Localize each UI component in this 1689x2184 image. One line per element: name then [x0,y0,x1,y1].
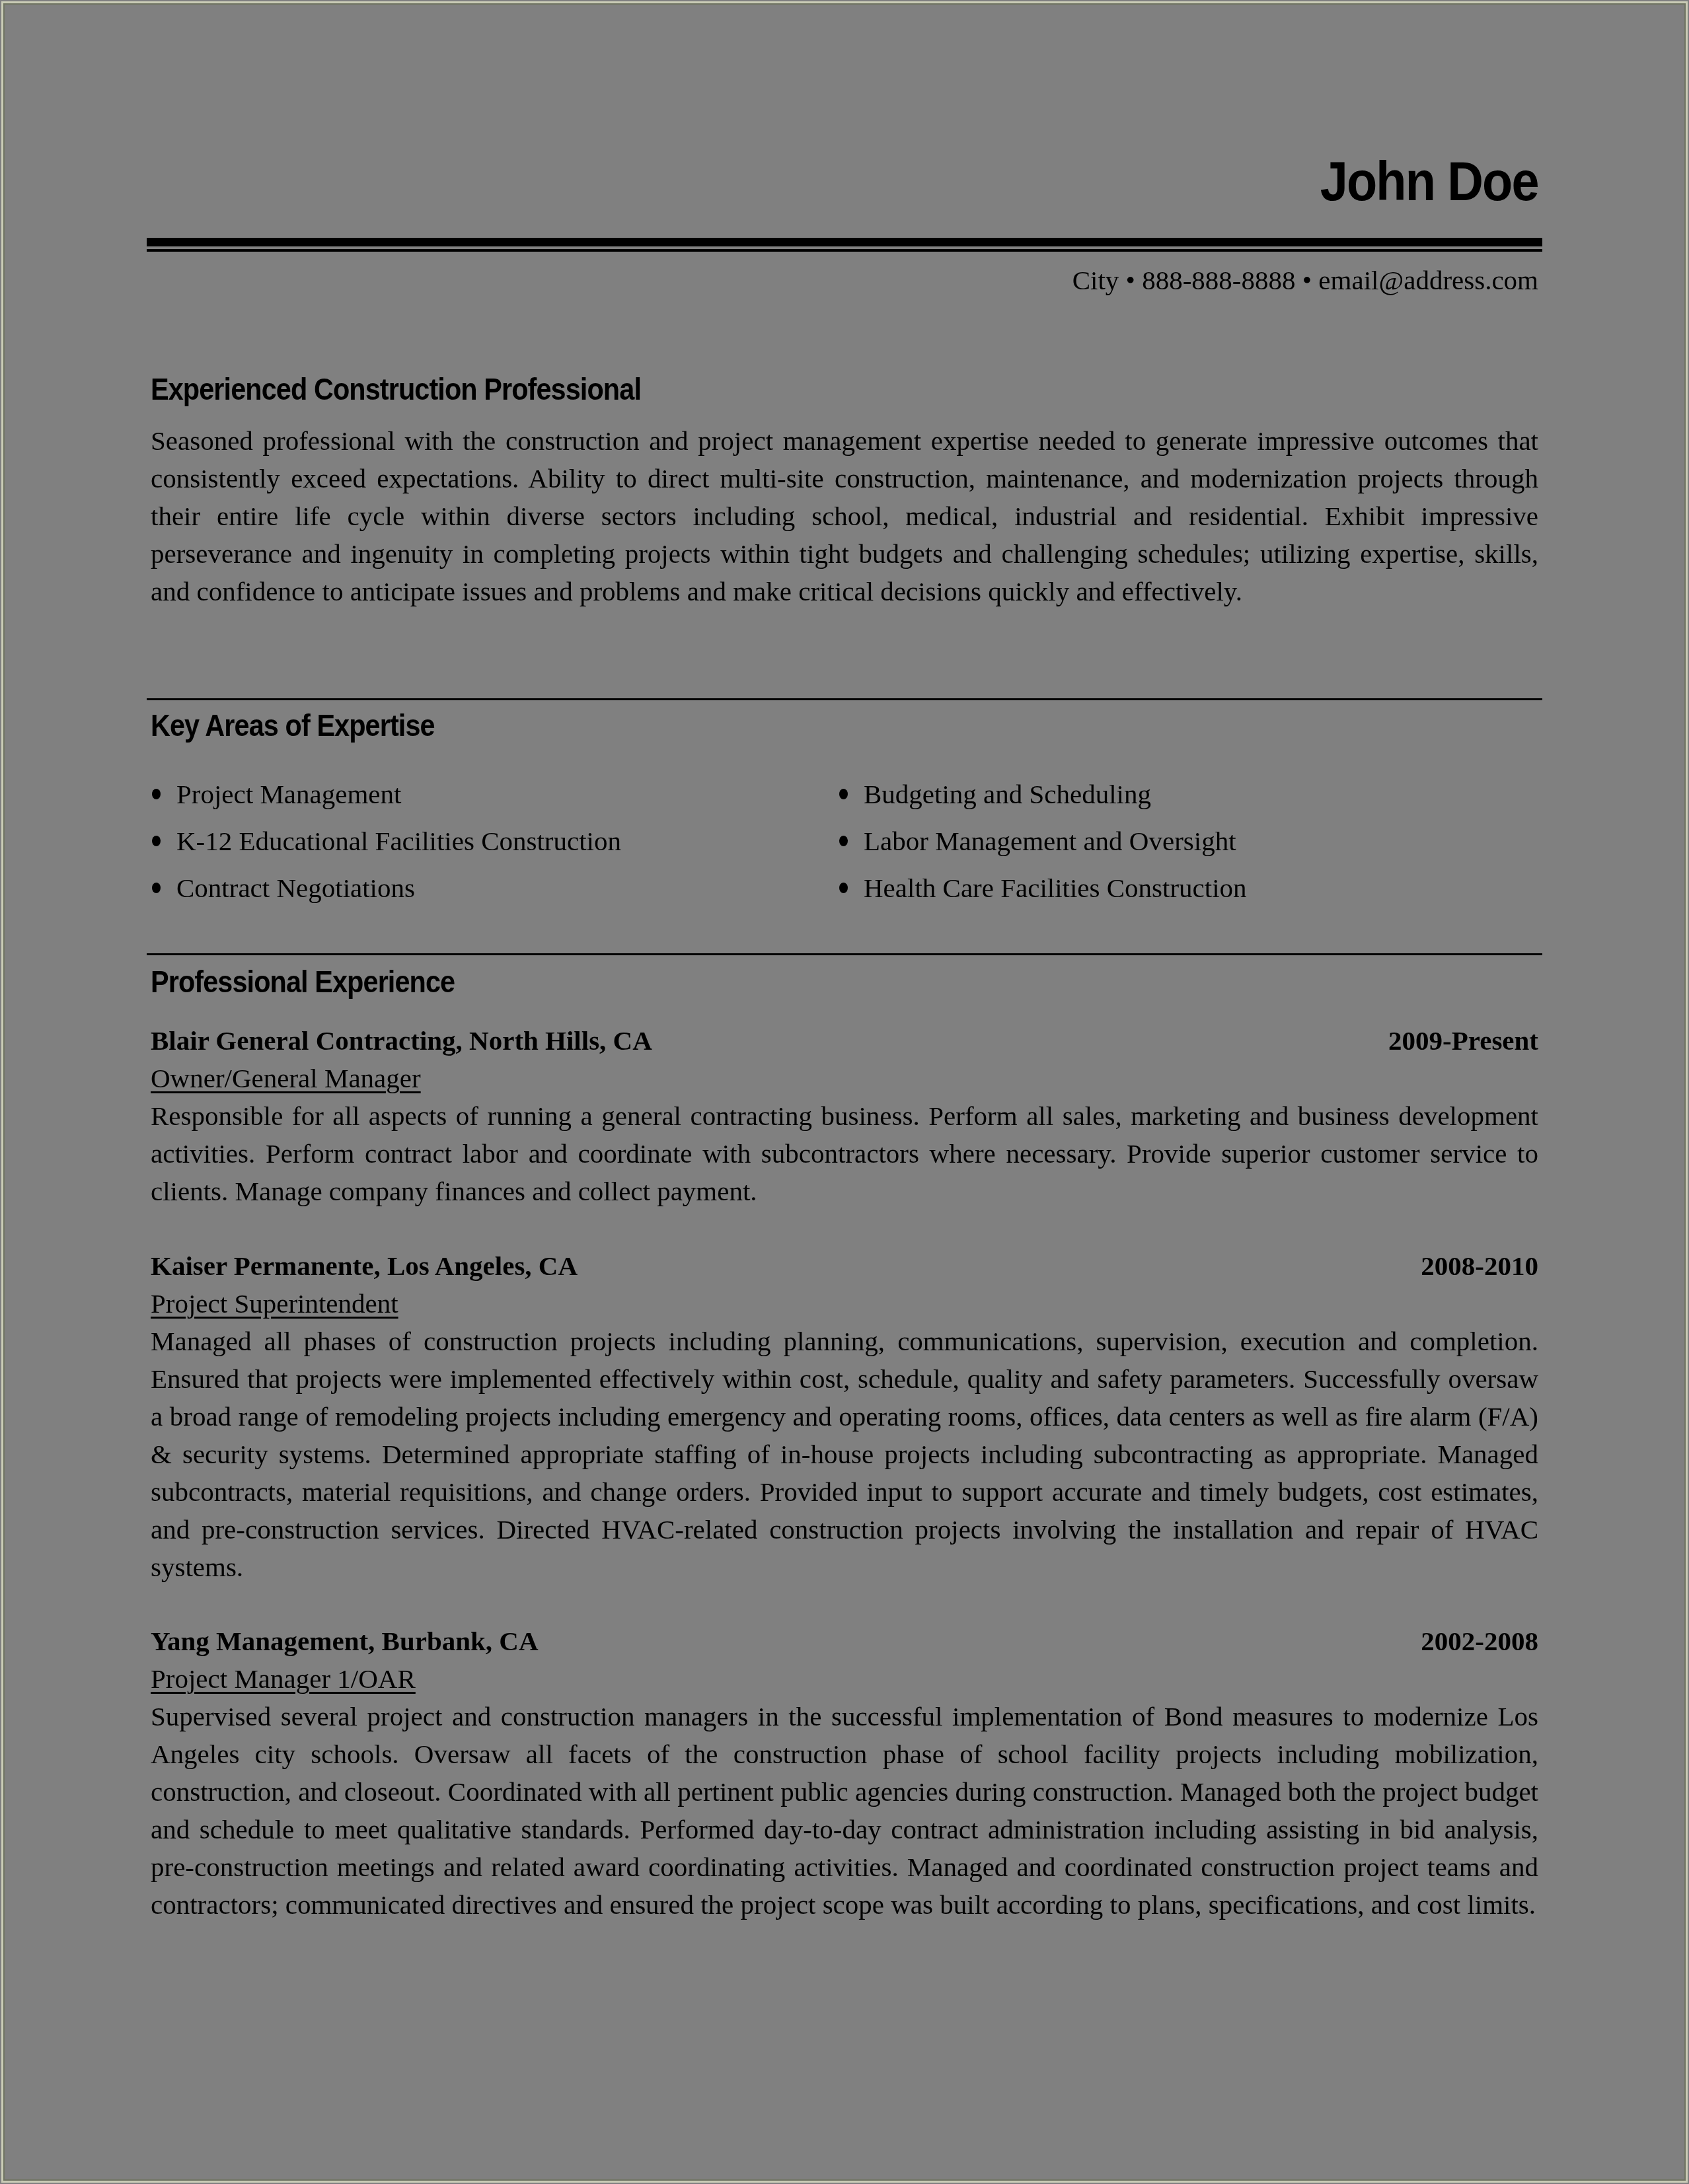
job-header: Yang Management, Burbank, CA 2002-2008 [151,1622,1538,1660]
expertise-item: K-12 Educational Facilities Construction [151,817,838,864]
job-company: Blair General Contracting, North Hills, … [151,1022,652,1060]
header-rule-thick [147,238,1542,246]
job-header: Kaiser Permanente, Los Angeles, CA 2008-… [151,1247,1538,1285]
bullet-icon [152,883,161,893]
expertise-item-label: Health Care Facilities Construction [864,872,1247,904]
job-description: Managed all phases of construction proje… [151,1323,1538,1586]
job-dates: 2002-2008 [1421,1622,1538,1660]
job-description: Responsible for all aspects of running a… [151,1097,1538,1210]
expertise-item-label: Contract Negotiations [176,872,415,904]
bullet-icon [839,836,848,846]
expertise-item-label: K-12 Educational Facilities Construction [176,825,621,857]
job-entry: Blair General Contracting, North Hills, … [151,1022,1538,1210]
header-rule-thin [147,249,1542,252]
section-divider [147,953,1542,955]
expertise-item-label: Budgeting and Scheduling [864,778,1151,810]
expertise-item: Health Care Facilities Construction [838,864,1525,911]
expertise-item: Project Management [151,770,838,817]
job-company: Kaiser Permanente, Los Angeles, CA [151,1247,578,1285]
summary-heading: Experienced Construction Professional [151,371,641,408]
job-title: Project Superintendent [151,1285,398,1323]
job-title: Project Manager 1/OAR [151,1660,416,1698]
job-dates: 2008-2010 [1421,1247,1538,1285]
job-company: Yang Management, Burbank, CA [151,1622,539,1660]
job-description: Supervised several project and construct… [151,1698,1538,1924]
bullet-icon [839,883,848,893]
expertise-list: Project Management Budgeting and Schedul… [151,770,1538,911]
candidate-name: John Doe [1320,153,1538,209]
expertise-item: Labor Management and Oversight [838,817,1525,864]
job-title: Owner/General Manager [151,1060,421,1097]
summary-text: Seasoned professional with the construct… [151,422,1538,610]
job-entry: Kaiser Permanente, Los Angeles, CA 2008-… [151,1247,1538,1586]
experience-heading: Professional Experience [151,963,455,1000]
contact-info: City • 888-888-8888 • email@address.com [1072,263,1538,297]
job-entry: Yang Management, Burbank, CA 2002-2008 P… [151,1622,1538,1924]
section-divider [147,698,1542,700]
job-dates: 2009-Present [1388,1022,1538,1060]
expertise-item-label: Project Management [176,778,401,810]
bullet-icon [839,789,848,799]
job-header: Blair General Contracting, North Hills, … [151,1022,1538,1060]
expertise-heading: Key Areas of Expertise [151,707,435,744]
expertise-item: Budgeting and Scheduling [838,770,1525,817]
bullet-icon [152,789,161,799]
expertise-item-label: Labor Management and Oversight [864,825,1236,857]
bullet-icon [152,836,161,846]
expertise-item: Contract Negotiations [151,864,838,911]
